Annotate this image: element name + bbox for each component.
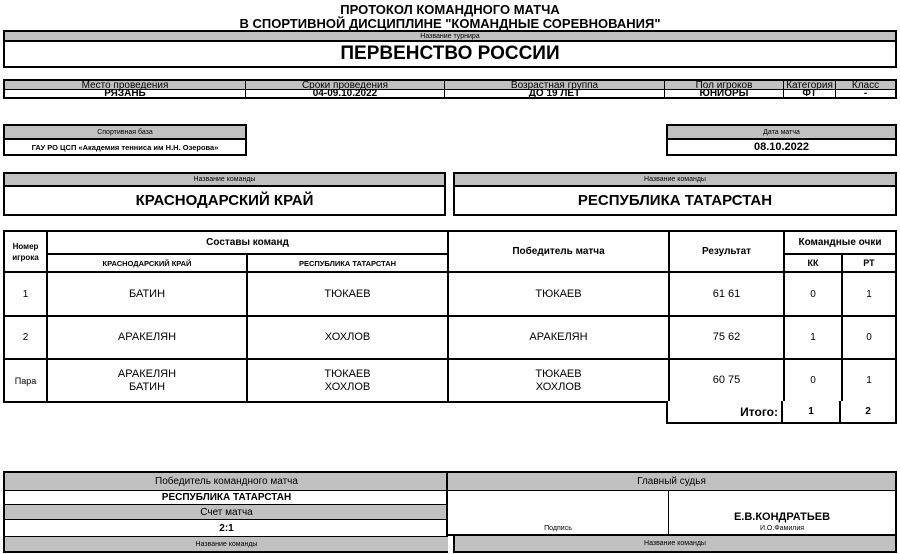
footer-team-name-right-box: Название команды [453,534,897,553]
team-match-winner-label: Победитель командного матча [5,473,448,490]
chief-judge-label: Главный судья [448,473,895,490]
row3-team-b-player1: ТЮКАЕВ [324,368,370,381]
row1-points-b: 1 [841,271,895,315]
team-left-label: Название команды [5,174,444,185]
footer-team-name-label-right: Название команды [455,536,895,551]
judge-name: Е.В.КОНДРАТЬЕВ [734,511,830,523]
row3-num: Пара [5,358,46,401]
row2-winner: АРАКЕЛЯН [447,315,668,358]
dates-value: 04-09.10.2022 [245,89,444,97]
total-label: Итого: [668,401,781,422]
row3-winner-player1: ТЮКАЕВ [535,368,581,381]
team-match-winner-value: РЕСПУБЛИКА ТАТАРСТАН [5,490,448,504]
footer-judge-box: Главный судья Подпись Е.В.КОНДРАТЬЕВ И.О… [446,471,897,536]
row2-team-a-player: АРАКЕЛЯН [46,315,246,358]
team-left-name: КРАСНОДАРСКИЙ КРАЙ [5,185,444,214]
row1-winner: ТЮКАЕВ [447,271,668,315]
match-date-label: Дата матча [668,126,895,138]
judge-name-label: И.О.Фамилия [760,525,804,532]
row1-result: 61 61 [668,271,783,315]
row1-num: 1 [5,271,46,315]
row3-winner: ТЮКАЕВ ХОХЛОВ [447,358,668,401]
row1-team-b-player: ТЮКАЕВ [246,271,447,315]
team-left-box: Название команды КРАСНОДАРСКИЙ КРАЙ [3,172,446,216]
total-points-b: 2 [839,401,895,422]
team-right-name: РЕСПУБЛИКА ТАТАРСТАН [455,185,895,214]
row3-result: 60 75 [668,358,783,401]
total-row: Итого: 1 2 [666,401,897,424]
match-date-box: Дата матча 08.10.2022 [666,124,897,156]
row3-team-a-player1: АРАКЕЛЯН [118,368,176,381]
tournament-name: ПЕРВЕНСТВО РОССИИ [5,40,895,66]
footer-team-name-label-left: Название команды [5,536,448,551]
match-date-value: 08.10.2022 [668,138,895,154]
row3-team-b-players: ТЮКАЕВ ХОХЛОВ [246,358,447,401]
signature-label: Подпись [448,490,668,534]
row2-num: 2 [5,315,46,358]
header-team-a: КРАСНОДАРСКИЙ КРАЙ [46,253,246,271]
row3-team-a-players: АРАКЕЛЯН БАТИН [46,358,246,401]
match-score-value: 2:1 [5,519,448,536]
venue-value: РЯЗАНЬ [5,89,245,97]
row3-winner-player2: ХОХЛОВ [536,381,581,394]
category-value: ФТ [783,89,835,97]
total-points-a: 1 [781,401,839,422]
row3-team-b-player2: ХОХЛОВ [325,381,370,394]
row3-team-a-player2: БАТИН [129,381,165,394]
header-points-a: КК [783,253,841,271]
sport-base-label: Спортивная база [5,126,245,138]
judge-name-cell: Е.В.КОНДРАТЬЕВ И.О.Фамилия [668,490,895,534]
header-points: Командные очки [783,232,895,253]
team-right-box: Название команды РЕСПУБЛИКА ТАТАРСТАН [453,172,897,216]
header-player-number: Номер игрока [5,232,46,271]
row2-team-b-player: ХОХЛОВ [246,315,447,358]
header-rosters: Составы команд [46,232,447,253]
row3-points-b: 1 [841,358,895,401]
gender-value: ЮНИОРЫ [664,89,783,97]
tournament-box: Название турнира ПЕРВЕНСТВО РОССИИ [3,30,897,68]
header-player-number-line2: игрока [12,252,38,263]
header-player-number-line1: Номер [13,241,39,252]
document-title-line1: ПРОТОКОЛ КОМАНДНОГО МАТЧА [0,2,900,17]
footer-winner-box: Победитель командного матча РЕСПУБЛИКА Т… [3,471,448,553]
row1-team-a-player: БАТИН [46,271,246,315]
class-value: - [835,89,895,97]
header-result: Результат [668,232,783,271]
header-winner: Победитель матча [447,232,668,271]
row1-points-a: 0 [783,271,841,315]
header-team-b: РЕСПУБЛИКА ТАТАРСТАН [246,253,447,271]
team-right-label: Название команды [455,174,895,185]
results-table: Номер игрока Составы команд КРАСНОДАРСКИ… [3,230,897,403]
sport-base-box: Спортивная база ГАУ РО ЦСП «Академия тен… [3,124,247,156]
row2-result: 75 62 [668,315,783,358]
match-score-label: Счет матча [5,504,448,519]
row2-points-a: 1 [783,315,841,358]
info-row: Место проведения РЯЗАНЬ Сроки проведения… [3,79,897,99]
document-title-line2: В СПОРТИВНОЙ ДИСЦИПЛИНЕ "КОМАНДНЫЕ СОРЕВ… [0,16,900,31]
age-group-value: ДО 19 ЛЕТ [444,89,664,97]
sport-base-value: ГАУ РО ЦСП «Академия тенниса им Н.Н. Озе… [5,138,245,154]
header-points-b: РТ [841,253,895,271]
row2-points-b: 0 [841,315,895,358]
row3-points-a: 0 [783,358,841,401]
tournament-label: Название турнира [5,32,895,40]
